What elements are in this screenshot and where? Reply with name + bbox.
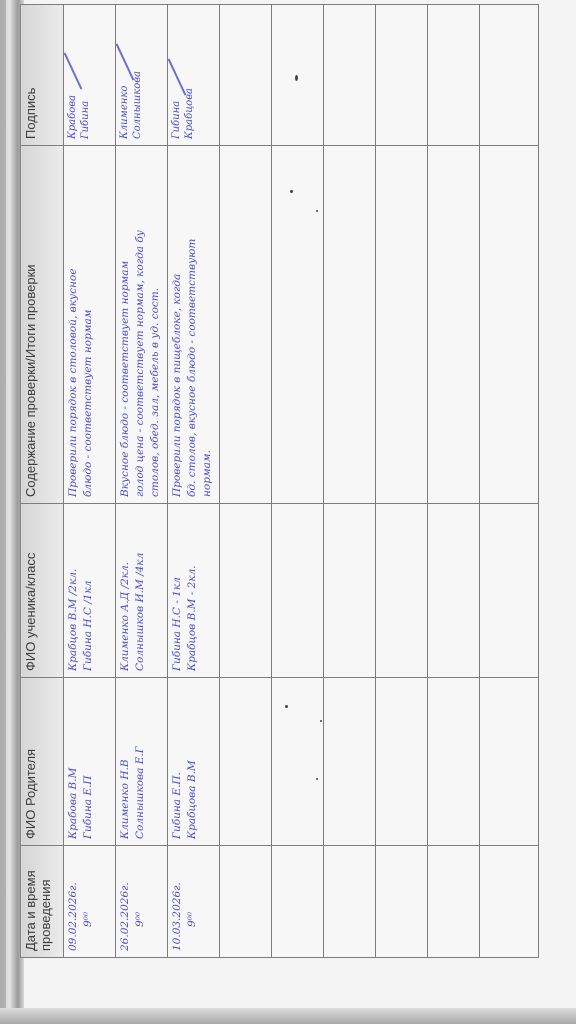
scan-speck: [316, 778, 318, 780]
content-line: бд. столов, вкусное блюдо - соответствую…: [185, 152, 200, 497]
cell-datetime: [324, 846, 376, 958]
content-line: Вкусное блюдо - соответствует нормам: [118, 152, 133, 497]
content-line: Проверили порядок в столовой, вкусное: [66, 152, 81, 497]
time-text: 9⁰⁰: [133, 852, 148, 951]
page-binding-edge: [0, 0, 6, 1024]
scan-speck: [290, 190, 293, 193]
content-line: Проверили порядок в пищеблоке, когда: [170, 152, 185, 497]
cell-signature: [220, 5, 272, 146]
cell-parent: [376, 678, 428, 846]
scan-speck: [295, 75, 298, 81]
cell-datetime: 09.02.2026г.9⁰⁰: [64, 846, 116, 958]
date-text: 26.02.2026г.: [118, 852, 133, 951]
cell-student: [480, 504, 539, 678]
table-row: [324, 5, 376, 958]
cell-datetime: [376, 846, 428, 958]
parent-name: Крабцова В.М: [185, 684, 200, 839]
scan-speck: [285, 705, 288, 708]
table-row: [428, 5, 480, 958]
cell-content: Вкусное блюдо - соответствует нормамголо…: [116, 146, 168, 504]
parent-name: Солнышкова Е.Г: [133, 684, 148, 839]
time-text: 9⁰⁰: [81, 852, 96, 951]
cell-student: [272, 504, 324, 678]
student-name: Солнышков И.М /4кл: [133, 510, 148, 671]
cell-student: [324, 504, 376, 678]
cell-datetime: [220, 846, 272, 958]
parent-name: Гибина Е.П: [81, 684, 96, 839]
cell-parent: [428, 678, 480, 846]
cell-content: [272, 146, 324, 504]
parent-name: Крабова В.М: [66, 684, 81, 839]
cell-signature: [428, 5, 480, 146]
table-body: 09.02.2026г.9⁰⁰Крабова В.МГибина Е.ПКраб…: [64, 5, 539, 958]
date-text: 09.02.2026г.: [66, 852, 81, 951]
cell-content: Проверили порядок в столовой, вкусноеблю…: [64, 146, 116, 504]
student-name: Гибина Н.С /1кл: [81, 510, 96, 671]
cell-content: [428, 146, 480, 504]
scan-speck: [316, 210, 318, 212]
signature: Солнышкова: [131, 11, 144, 139]
parent-name: Клименко Н.В: [118, 684, 133, 839]
header-parent: ФИО Родителя: [21, 678, 64, 846]
cell-datetime: [272, 846, 324, 958]
signature: Крабцова: [183, 11, 196, 139]
cell-content: Проверили порядок в пищеблоке, когдабд. …: [168, 146, 220, 504]
cell-parent: [220, 678, 272, 846]
table-row: 26.02.2026г.9⁰⁰Клименко Н.ВСолнышкова Е.…: [116, 5, 168, 958]
content-line: нормам.: [200, 152, 215, 497]
cell-parent: [480, 678, 539, 846]
student-name: Крабцов В.М - 2кл.: [185, 510, 200, 671]
cell-signature: [376, 5, 428, 146]
inspection-journal-table: Дата и время проведения ФИО Родителя ФИО…: [20, 4, 539, 958]
signature: Гибина: [170, 11, 183, 139]
scan-speck: [320, 720, 322, 722]
table-header-row: Дата и время проведения ФИО Родителя ФИО…: [21, 5, 64, 958]
cell-student: [376, 504, 428, 678]
journal-sheet: Дата и время проведения ФИО Родителя ФИО…: [20, 5, 576, 958]
table-row: 09.02.2026г.9⁰⁰Крабова В.МГибина Е.ПКраб…: [64, 5, 116, 958]
content-line: столов, обед. зал, мебель в уд. сост.: [148, 152, 163, 497]
student-name: Крабцов В.М /2кл.: [66, 510, 81, 671]
cell-datetime: 26.02.2026г.9⁰⁰: [116, 846, 168, 958]
cell-signature: [324, 5, 376, 146]
cell-datetime: 10.03.2026г.9⁰⁰: [168, 846, 220, 958]
page-bottom-edge: [0, 1008, 576, 1024]
time-text: 9⁰⁰: [185, 852, 200, 951]
table-row: [480, 5, 539, 958]
cell-signature: [480, 5, 539, 146]
signature: Клименко: [118, 11, 131, 139]
signature: Гибина: [79, 11, 92, 139]
cell-student: Гибина Н.С - 1клКрабцов В.М - 2кл.: [168, 504, 220, 678]
student-name: Гибина Н.С - 1кл: [170, 510, 185, 671]
student-name: Клименко А.Д /2кл.: [118, 510, 133, 671]
cell-content: [220, 146, 272, 504]
cell-student: [220, 504, 272, 678]
header-datetime: Дата и время проведения: [21, 846, 64, 958]
table-row: [220, 5, 272, 958]
header-signature: Подпись: [21, 5, 64, 146]
cell-signature: КрабоваГибина: [64, 5, 116, 146]
cell-datetime: [480, 846, 539, 958]
content-line: голод цена - соответствует нормам, когда…: [133, 152, 148, 497]
cell-parent: [324, 678, 376, 846]
cell-student: Крабцов В.М /2кл.Гибина Н.С /1кл: [64, 504, 116, 678]
header-content: Содержание проверки/Итоги проверки: [21, 146, 64, 504]
cell-content: [376, 146, 428, 504]
cell-signature: ГибинаКрабцова: [168, 5, 220, 146]
cell-parent: Крабова В.МГибина Е.П: [64, 678, 116, 846]
cell-content: [324, 146, 376, 504]
signature: Крабова: [66, 11, 79, 139]
cell-datetime: [428, 846, 480, 958]
header-student: ФИО ученика/класс: [21, 504, 64, 678]
cell-student: [428, 504, 480, 678]
cell-student: Клименко А.Д /2кл.Солнышков И.М /4кл: [116, 504, 168, 678]
content-line: блюдо - соответствует нормам: [81, 152, 96, 497]
parent-name: Гибина Е.П.: [170, 684, 185, 839]
cell-parent: Клименко Н.ВСолнышкова Е.Г: [116, 678, 168, 846]
cell-content: [480, 146, 539, 504]
cell-signature: КлименкоСолнышкова: [116, 5, 168, 146]
table-row: 10.03.2026г.9⁰⁰Гибина Е.П.Крабцова В.МГи…: [168, 5, 220, 958]
table-row: [272, 5, 324, 958]
table-row: [376, 5, 428, 958]
cell-parent: Гибина Е.П.Крабцова В.М: [168, 678, 220, 846]
date-text: 10.03.2026г.: [170, 852, 185, 951]
cell-parent: [272, 678, 324, 846]
